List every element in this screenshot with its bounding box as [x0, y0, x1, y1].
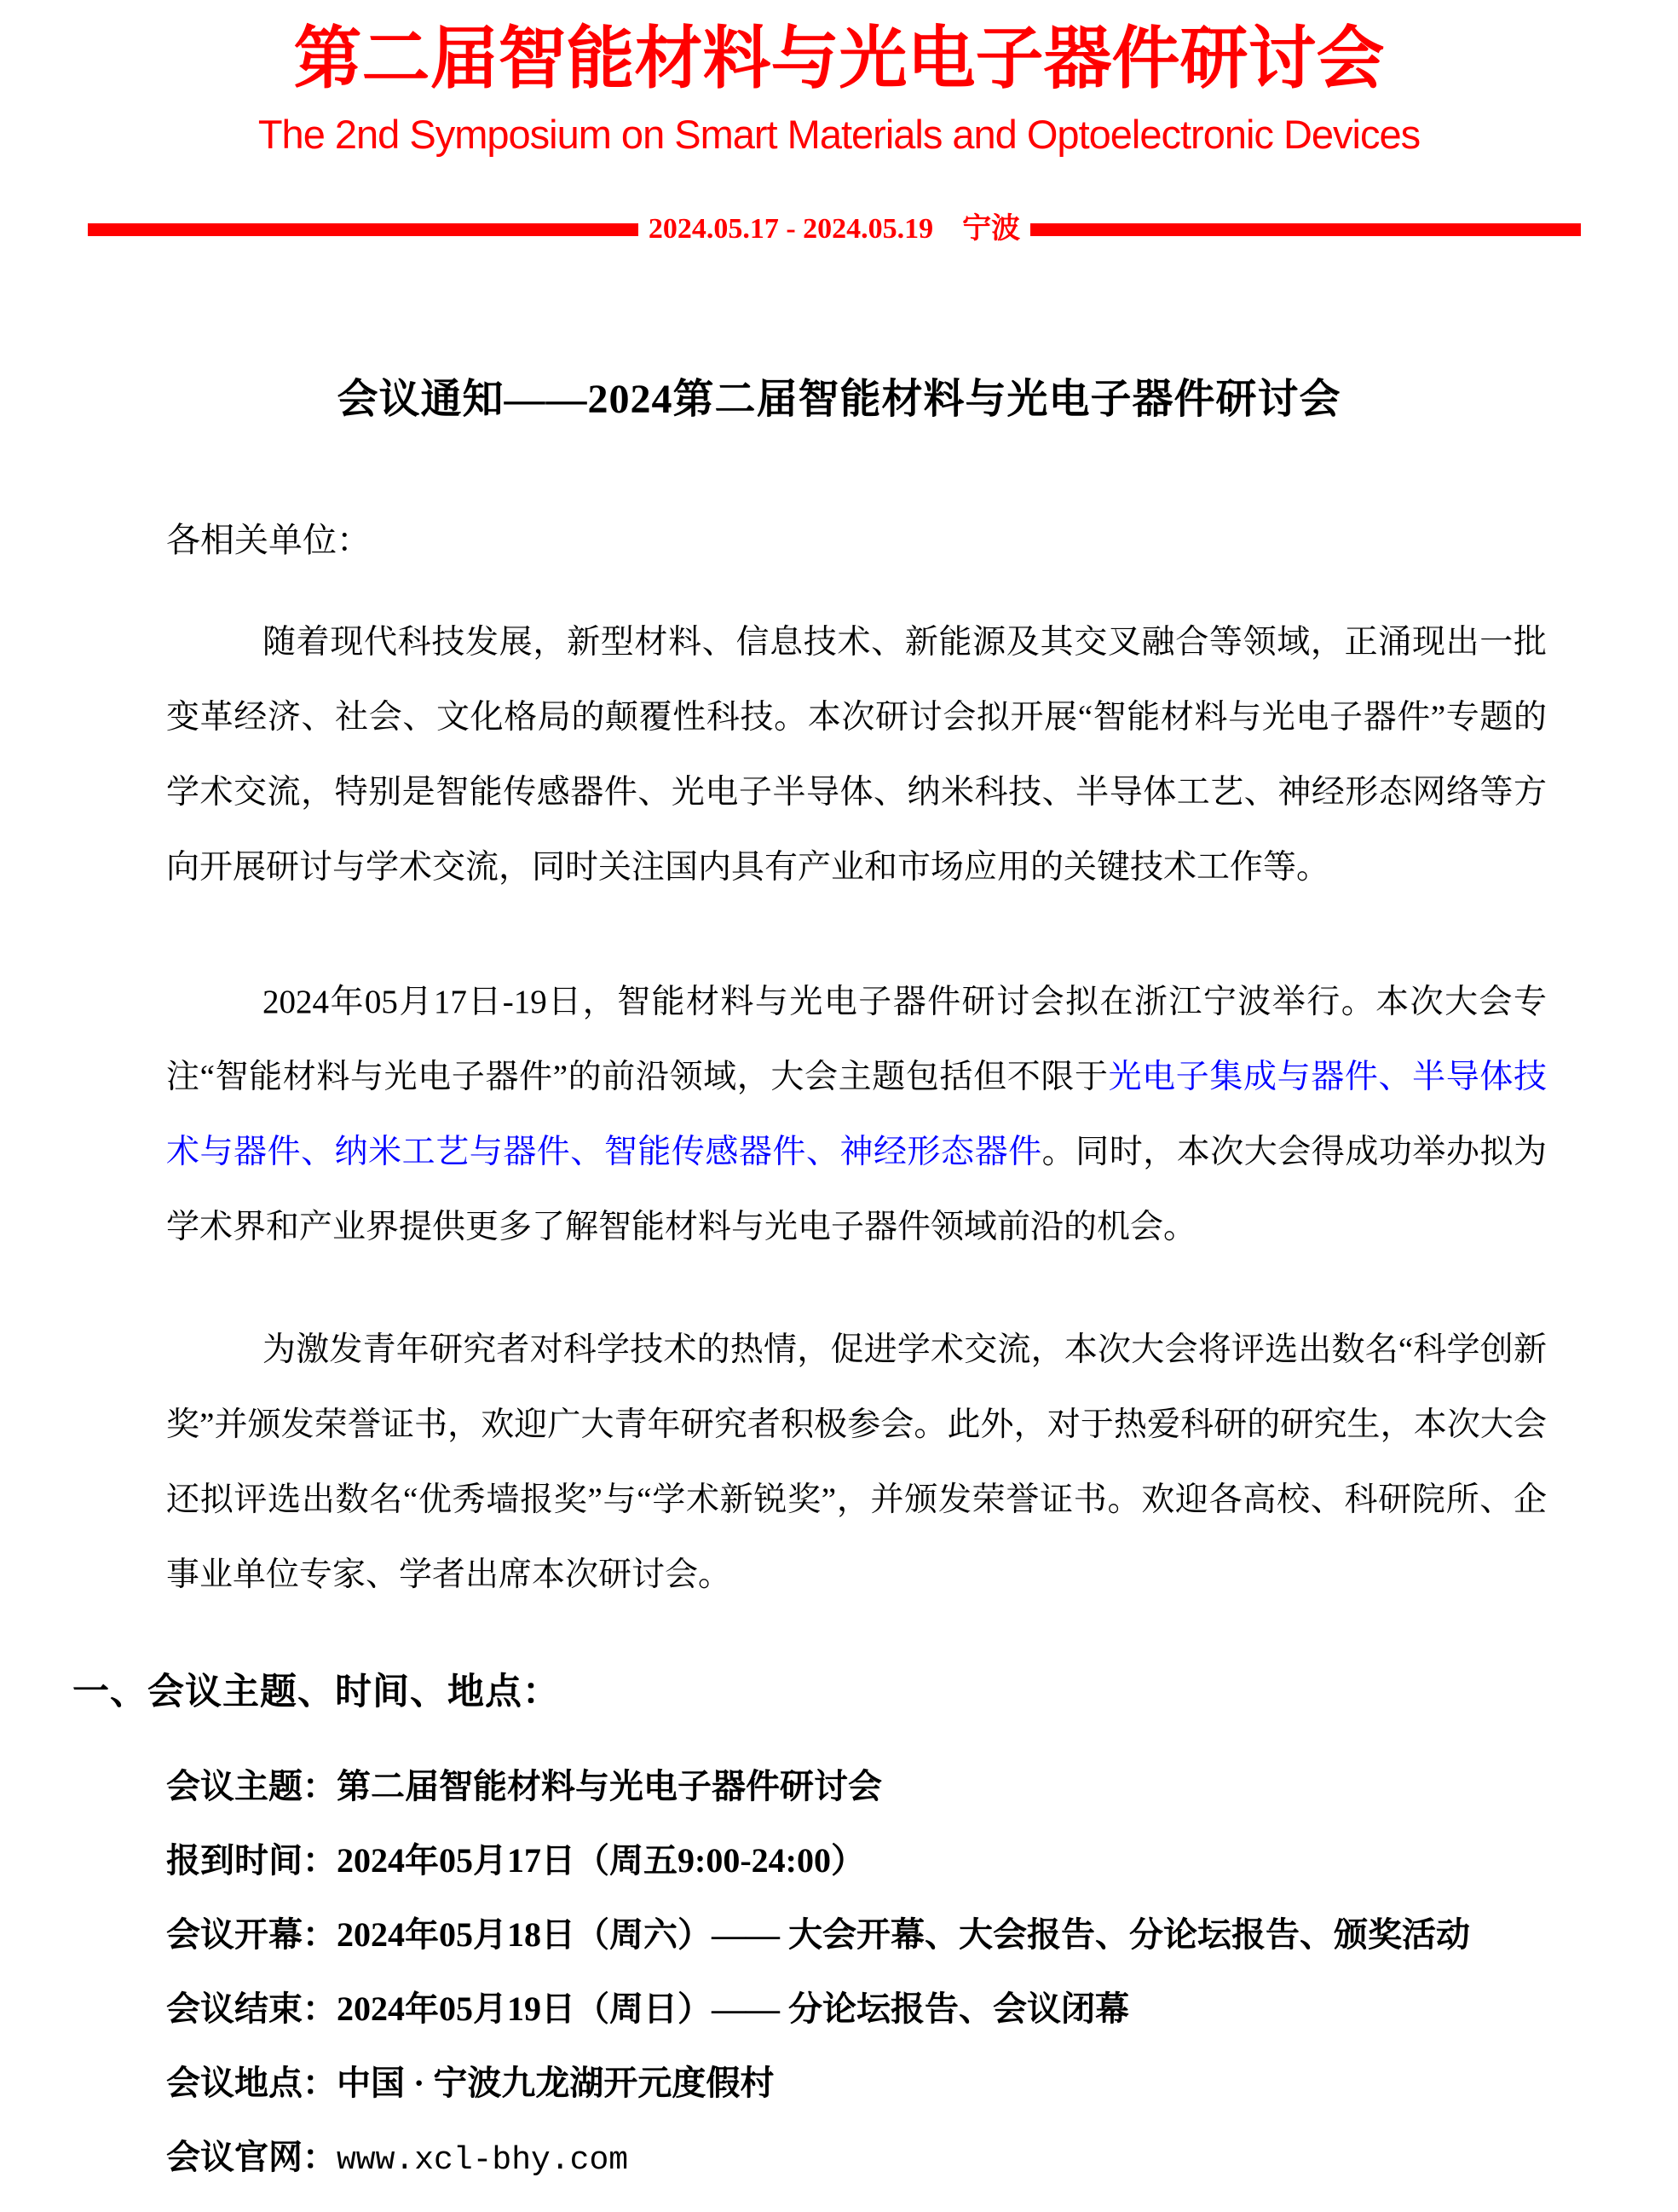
info-item-venue: 会议地点：中国 · 宁波九龙湖开元度假村 — [166, 2046, 1678, 2120]
info-item-theme: 会议主题：第二届智能材料与光电子器件研讨会 — [166, 1749, 1678, 1823]
info-item-opening: 会议开幕：2024年05月18日（周六）—— 大会开幕、大会报告、分论坛报告、颁… — [166, 1897, 1678, 1972]
paragraph-venue-topics: 2024年05月17日-19日，智能材料与光电子器件研讨会拟在浙江宁波举行。本次… — [166, 965, 1547, 1265]
date-location-text: 2024.05.17 - 2024.05.19 宁波 — [638, 211, 1030, 247]
conference-title-en: The 2nd Symposium on Smart Materials and… — [0, 111, 1678, 159]
website-url: www.xcl-bhy.com — [337, 2142, 628, 2179]
info-item-registration-time: 报到时间：2024年05月17日（周五9:00-24:00） — [166, 1823, 1678, 1897]
salutation: 各相关单位： — [166, 503, 1678, 578]
conference-title-cn: 第二届智能材料与光电子器件研讨会 — [0, 0, 1678, 97]
website-label: 会议官网： — [166, 2138, 337, 2176]
meeting-info-list: 会议主题：第二届智能材料与光电子器件研讨会 报到时间：2024年05月17日（周… — [166, 1749, 1678, 2198]
info-item-closing: 会议结束：2024年05月19日（周日）—— 分论坛报告、会议闭幕 — [166, 1972, 1678, 2046]
conference-notice-document: 第二届智能材料与光电子器件研讨会 The 2nd Symposium on Sm… — [0, 0, 1678, 2212]
paragraph-awards: 为激发青年研究者对科学技术的热情，促进学术交流，本次大会将评选出数名“科学创新奖… — [166, 1313, 1547, 1613]
left-red-rule — [88, 223, 638, 236]
right-red-rule — [1030, 223, 1581, 236]
paragraph-overview: 随着现代科技发展，新型材料、信息技术、新能源及其交叉融合等领域，正涌现出一批变革… — [166, 605, 1547, 905]
section-1-heading: 一、会议主题、时间、地点： — [72, 1669, 1678, 1717]
notice-heading: 会议通知——2024第二届智能材料与光电子器件研讨会 — [0, 375, 1678, 424]
info-item-website: 会议官网：www.xcl-bhy.com — [166, 2120, 1678, 2198]
date-banner: 2024.05.17 - 2024.05.19 宁波 — [88, 211, 1581, 247]
